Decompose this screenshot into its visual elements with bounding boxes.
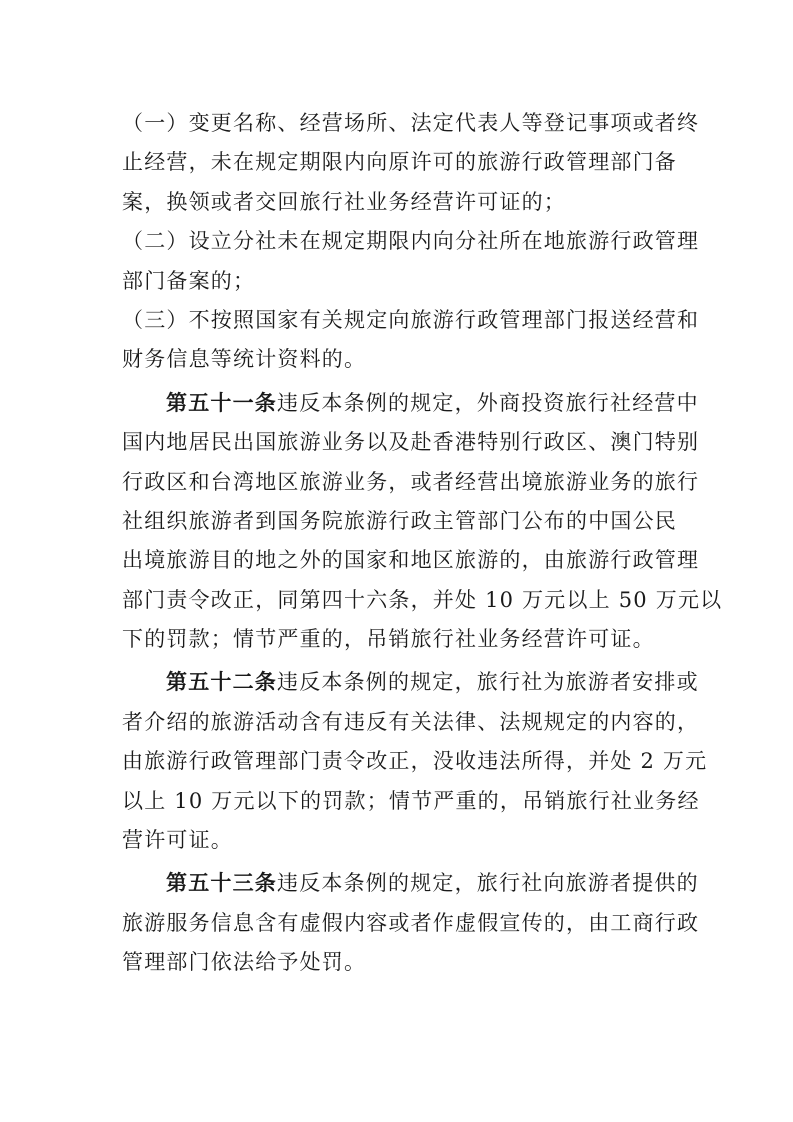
list-item: （三）不按照国家有关规定向旅游行政管理部门报送经营和 财务信息等统计资料的。: [122, 301, 692, 380]
article-first-line: 第五十三条违反本条例的规定，旅行社向旅游者提供的: [122, 864, 692, 903]
document-page: （一）变更名称、经营场所、法定代表人等登记事项或者终 止经营，未在规定期限内向原…: [122, 104, 692, 983]
text-line: 以上 10 万元以下的罚款；情节严重的，吊销旅行社业务经: [122, 782, 692, 821]
text-line: （三）不按照国家有关规定向旅游行政管理部门报送经营和: [122, 301, 692, 340]
text-line: 部门备案的；: [122, 262, 692, 301]
text-line: 财务信息等统计资料的。: [122, 340, 692, 379]
text-line: 由旅游行政管理部门责令改正，没收违法所得，并处 2 万元: [122, 742, 692, 781]
text-line: 止经营，未在规定期限内向原许可的旅游行政管理部门备: [122, 143, 692, 182]
text-line: 出境旅游目的地之外的国家和地区旅游的，由旅游行政管理: [122, 541, 692, 580]
list-item: （二）设立分社未在规定期限内向分社所在地旅游行政管理 部门备案的；: [122, 222, 692, 301]
text-line: 营许可证。: [122, 821, 692, 860]
article-text: 违反本条例的规定，外商投资旅行社经营中: [277, 391, 699, 415]
text-line: 社组织旅游者到国务院旅游行政主管部门公布的中国公民: [122, 502, 692, 541]
article-title: 第五十一条: [166, 391, 277, 415]
text-line: 国内地居民出国旅游业务以及赴香港特别行政区、澳门特别: [122, 423, 692, 462]
text-line: 行政区和台湾地区旅游业务，或者经营出境旅游业务的旅行: [122, 463, 692, 502]
text-line: （一）变更名称、经营场所、法定代表人等登记事项或者终: [122, 104, 692, 143]
article-51: 第五十一条违反本条例的规定，外商投资旅行社经营中 国内地居民出国旅游业务以及赴香…: [122, 384, 692, 660]
text-line: 者介绍的旅游活动含有违反有关法律、法规规定的内容的，: [122, 703, 692, 742]
text-line: 案，换领或者交回旅行社业务经营许可证的；: [122, 183, 692, 222]
text-line: 下的罚款；情节严重的，吊销旅行社业务经营许可证。: [122, 620, 692, 659]
article-first-line: 第五十二条违反本条例的规定，旅行社为旅游者安排或: [122, 663, 692, 702]
article-text: 违反本条例的规定，旅行社向旅游者提供的: [277, 871, 699, 895]
list-item: （一）变更名称、经营场所、法定代表人等登记事项或者终 止经营，未在规定期限内向原…: [122, 104, 692, 222]
article-title: 第五十二条: [166, 670, 277, 694]
article-first-line: 第五十一条违反本条例的规定，外商投资旅行社经营中: [122, 384, 692, 423]
text-line: 旅游服务信息含有虚假内容或者作虚假宣传的，由工商行政: [122, 904, 692, 943]
text-line: （二）设立分社未在规定期限内向分社所在地旅游行政管理: [122, 222, 692, 261]
article-title: 第五十三条: [166, 871, 277, 895]
text-line: 部门责令改正，同第四十六条，并处 10 万元以上 50 万元以: [122, 581, 692, 620]
text-line: 管理部门依法给予处罚。: [122, 943, 692, 982]
article-52: 第五十二条违反本条例的规定，旅行社为旅游者安排或 者介绍的旅游活动含有违反有关法…: [122, 663, 692, 860]
article-text: 违反本条例的规定，旅行社为旅游者安排或: [277, 670, 699, 694]
article-53: 第五十三条违反本条例的规定，旅行社向旅游者提供的 旅游服务信息含有虚假内容或者作…: [122, 864, 692, 982]
